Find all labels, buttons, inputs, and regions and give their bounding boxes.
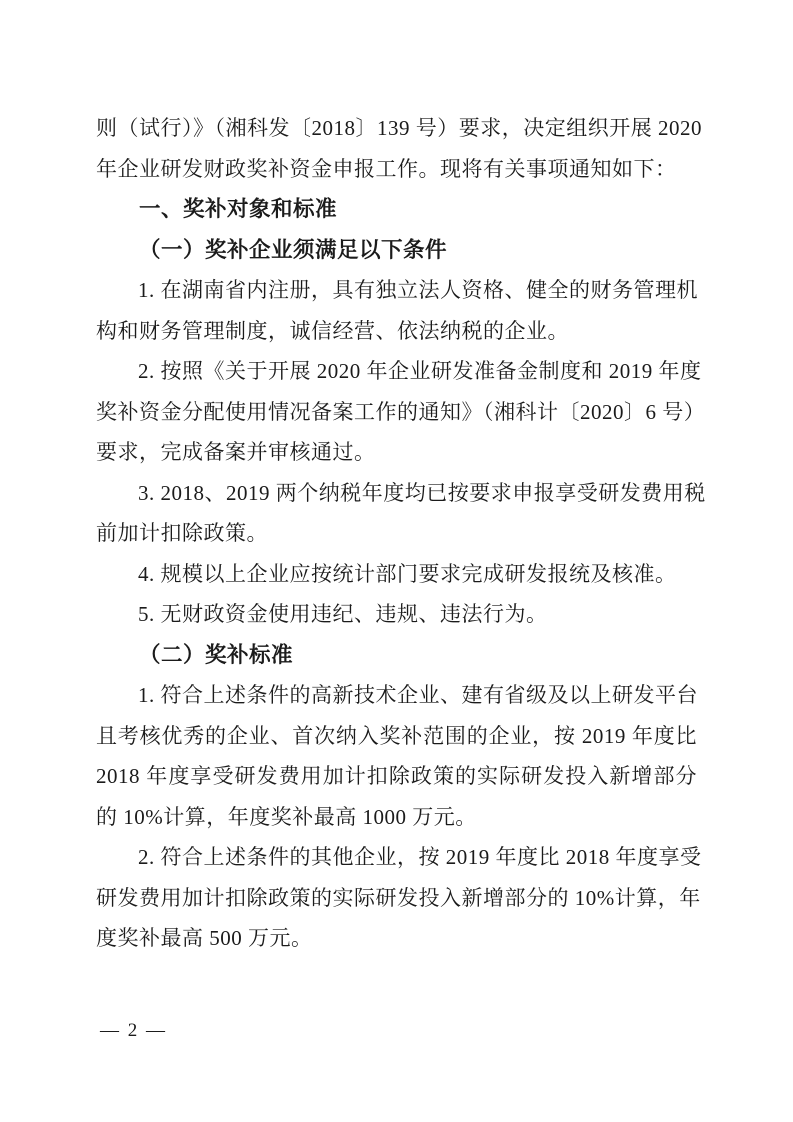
text-line: 则（试行）》（湘科发〔2018〕139 号）要求，决定组织开展 2020 xyxy=(96,108,697,149)
paragraph: 4. 规模以上企业应按统计部门要求完成研发报统及核准。 xyxy=(96,554,697,595)
text-line: 度奖补最高 500 万元。 xyxy=(96,918,697,959)
paragraph: 1. 在湖南省内注册，具有独立法人资格、健全的财务管理机构和财务管理制度，诚信经… xyxy=(96,270,697,351)
text-line: 且考核优秀的企业、首次纳入奖补范围的企业，按 2019 年度比 xyxy=(96,716,697,757)
section-heading: （二）奖补标准 xyxy=(96,635,697,676)
text-line: 1. 符合上述条件的高新技术企业、建有省级及以上研发平台 xyxy=(96,675,697,716)
text-line: 2. 按照《关于开展 2020 年企业研发准备金制度和 2019 年度 xyxy=(96,351,697,392)
text-line: 构和财务管理制度，诚信经营、依法纳税的企业。 xyxy=(96,311,697,352)
text-line: 一、奖补对象和标准 xyxy=(96,189,697,230)
paragraph: 5. 无财政资金使用违纪、违规、违法行为。 xyxy=(96,594,697,635)
paragraph: 2. 符合上述条件的其他企业，按 2019 年度比 2018 年度享受研发费用加… xyxy=(96,837,697,959)
document-body: 则（试行）》（湘科发〔2018〕139 号）要求，决定组织开展 2020年企业研… xyxy=(96,108,697,959)
text-line: 3. 2018、2019 两个纳税年度均已按要求申报享受研发费用税 xyxy=(96,473,697,514)
document-page: 则（试行）》（湘科发〔2018〕139 号）要求，决定组织开展 2020年企业研… xyxy=(0,0,793,1122)
text-line: 奖补资金分配使用情况备案工作的通知》（湘科计〔2020〕6 号） xyxy=(96,392,697,433)
text-line: 2018 年度享受研发费用加计扣除政策的实际研发投入新增部分 xyxy=(96,756,697,797)
section-heading: （一）奖补企业须满足以下条件 xyxy=(96,230,697,271)
page-number: — 2 — xyxy=(100,1020,167,1042)
text-line: 前加计扣除政策。 xyxy=(96,513,697,554)
text-line: 研发费用加计扣除政策的实际研发投入新增部分的 10%计算，年 xyxy=(96,878,697,919)
text-line: 要求，完成备案并审核通过。 xyxy=(96,432,697,473)
section-heading: 一、奖补对象和标准 xyxy=(96,189,697,230)
text-line: 5. 无财政资金使用违纪、违规、违法行为。 xyxy=(96,594,697,635)
paragraph: 2. 按照《关于开展 2020 年企业研发准备金制度和 2019 年度奖补资金分… xyxy=(96,351,697,473)
text-line: 4. 规模以上企业应按统计部门要求完成研发报统及核准。 xyxy=(96,554,697,595)
text-line: （一）奖补企业须满足以下条件 xyxy=(96,230,697,271)
text-line: （二）奖补标准 xyxy=(96,635,697,676)
text-line: 2. 符合上述条件的其他企业，按 2019 年度比 2018 年度享受 xyxy=(96,837,697,878)
paragraph: 1. 符合上述条件的高新技术企业、建有省级及以上研发平台且考核优秀的企业、首次纳… xyxy=(96,675,697,837)
text-line: 1. 在湖南省内注册，具有独立法人资格、健全的财务管理机 xyxy=(96,270,697,311)
paragraph: 则（试行）》（湘科发〔2018〕139 号）要求，决定组织开展 2020年企业研… xyxy=(96,108,697,189)
paragraph: 3. 2018、2019 两个纳税年度均已按要求申报享受研发费用税前加计扣除政策… xyxy=(96,473,697,554)
text-line: 年企业研发财政奖补资金申报工作。现将有关事项通知如下： xyxy=(96,149,697,190)
text-line: 的 10%计算，年度奖补最高 1000 万元。 xyxy=(96,797,697,838)
